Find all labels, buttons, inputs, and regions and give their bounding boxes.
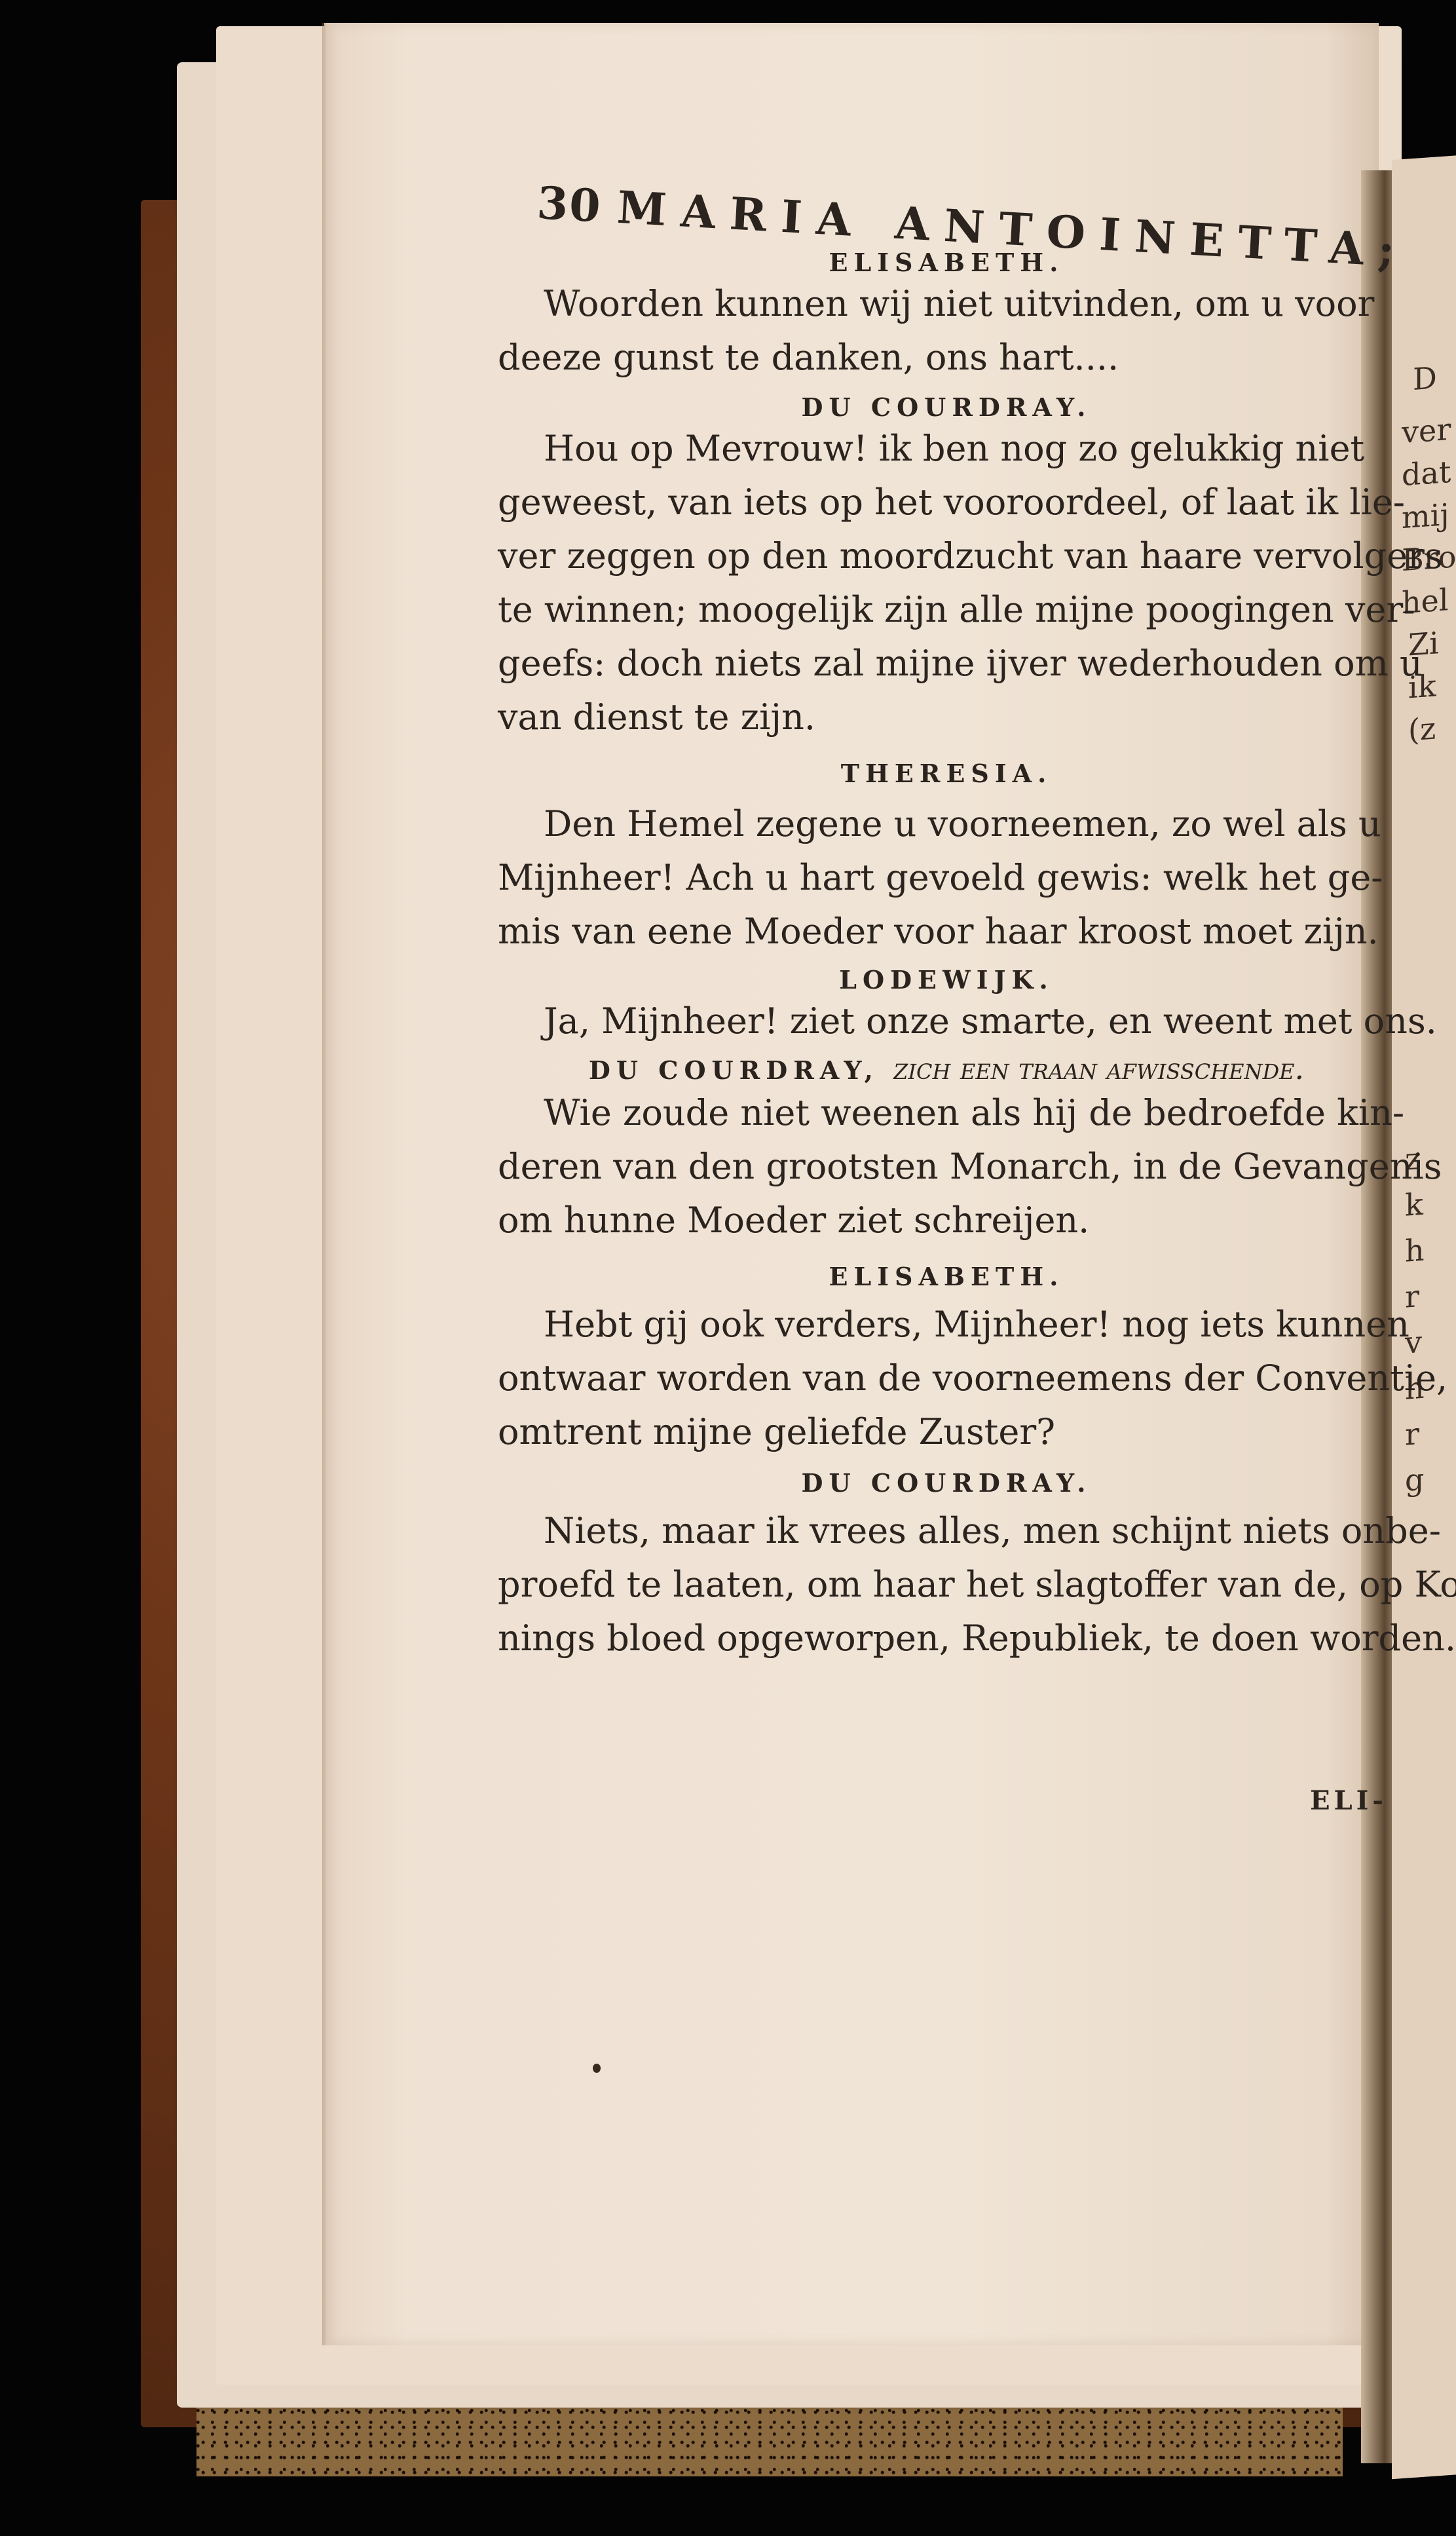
- speaker-name: DU COURDRAY.: [498, 392, 1395, 422]
- page-text: 30MARIA ANTOINETTA; ELISABETH. Woorden k…: [498, 177, 1395, 1665]
- speech-line: Den Hemel zegene u voorneemen, zo wel al…: [498, 797, 1395, 851]
- facing-fragment: g: [1405, 1462, 1424, 1498]
- speech-line: om hunne Moeder ziet schreijen.: [498, 1194, 1395, 1247]
- speaker-with-direction: DU COURDRAY, zich een traan afwisschende…: [498, 1051, 1395, 1086]
- speech-line: nings bloed opgeworpen, Republiek, te do…: [498, 1612, 1395, 1665]
- speech-line: geefs: doch niets zal mijne ijver wederh…: [498, 637, 1395, 691]
- speaker-name: LODEWIJK.: [498, 965, 1395, 994]
- facing-fragment: ver: [1402, 411, 1451, 450]
- speaker-name: ELISABETH.: [498, 1262, 1395, 1291]
- facing-fragment: r: [1405, 1416, 1419, 1452]
- facing-fragment: k: [1405, 1186, 1423, 1223]
- speech-line: van dienst te zijn.: [498, 691, 1395, 744]
- speaker-name: THERESIA.: [498, 759, 1395, 788]
- page-number: 30: [536, 177, 603, 233]
- speech-line: deren van den grootsten Monarch, in de G…: [498, 1140, 1395, 1194]
- speech-line: ontwaar worden van de voorneemens der Co…: [498, 1352, 1395, 1405]
- speech: Wie zoude niet weenen als hij de bedroef…: [498, 1086, 1395, 1247]
- speech: Hebt gij ook verders, Mijnheer! nog iets…: [498, 1298, 1395, 1459]
- facing-fragment: mij: [1402, 497, 1449, 535]
- catchword: ELI-: [1310, 1785, 1387, 1816]
- speech-line: Woorden kunnen wij niet uitvinden, om u …: [498, 277, 1395, 331]
- facing-fragment: h: [1405, 1232, 1425, 1269]
- speech: Niets, maar ik vrees alles, men schijnt …: [498, 1504, 1395, 1665]
- speech: Woorden kunnen wij niet uitvinden, om u …: [498, 277, 1395, 385]
- speaker-name: DU COURDRAY.: [498, 1468, 1395, 1498]
- speech: Den Hemel zegene u voorneemen, zo wel al…: [498, 797, 1395, 958]
- speech: Ja, Mijnheer! ziet onze smarte, en weent…: [498, 994, 1395, 1048]
- speech-line: Hou op Mevrouw! ik ben nog zo gelukkig n…: [498, 422, 1395, 476]
- speaker-name: DU COURDRAY,: [589, 1055, 879, 1085]
- speech-line: Hebt gij ook verders, Mijnheer! nog iets…: [498, 1298, 1395, 1352]
- speech-line: ver zeggen op den moordzucht van haare v…: [498, 529, 1395, 583]
- speech-line: omtrent mijne geliefde Zuster?: [498, 1405, 1395, 1459]
- ink-speck: [593, 2064, 601, 2073]
- speech-line: Ja, Mijnheer! ziet onze smarte, en weent…: [498, 994, 1395, 1048]
- facing-fragment: dat: [1402, 454, 1451, 493]
- stage-direction: zich een traan afwisschende.: [893, 1051, 1304, 1086]
- speech-line: Wie zoude niet weenen als hij de bedroef…: [498, 1086, 1395, 1140]
- speech-line: Niets, maar ik vrees alles, men schijnt …: [498, 1504, 1395, 1558]
- facing-fragment: D: [1413, 360, 1437, 397]
- speech-line: Mijnheer! Ach u hart gevoeld gewis: welk…: [498, 851, 1395, 905]
- speech-line: geweest, van iets op het vooroordeel, of…: [498, 476, 1395, 529]
- speech-line: proefd te laaten, om haar het slagtoffer…: [498, 1558, 1395, 1612]
- speech-line: te winnen; moogelijk zijn alle mijne poo…: [498, 583, 1395, 637]
- facing-fragment: (z: [1408, 710, 1436, 748]
- speech: Hou op Mevrouw! ik ben nog zo gelukkig n…: [498, 422, 1395, 744]
- speech-line: deeze gunst te danken, ons hart....: [498, 331, 1395, 385]
- speech-line: mis van eene Moeder voor haar kroost moe…: [498, 905, 1395, 958]
